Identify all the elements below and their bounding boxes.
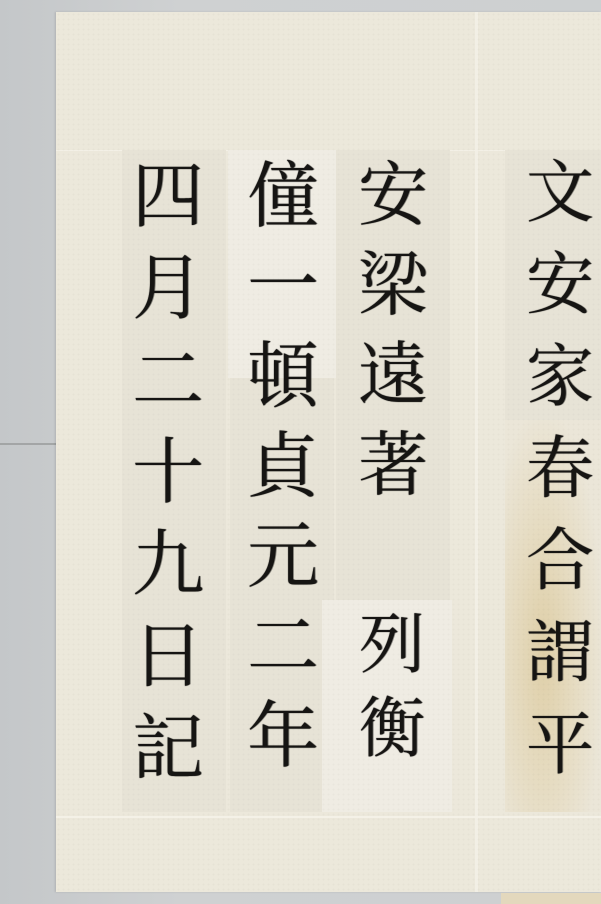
character: 貞 xyxy=(247,430,319,520)
character: 一 xyxy=(247,250,319,340)
character: 二 xyxy=(132,344,204,436)
character: 日 xyxy=(132,620,204,712)
character: 衡 xyxy=(359,696,425,780)
calligraphy-column-3-lower: 列 衡 xyxy=(332,612,452,780)
character: 平 xyxy=(526,712,594,804)
character: 春 xyxy=(526,436,594,528)
character: 元 xyxy=(247,520,319,610)
calligraphy-column-3: 安 梁 遠 著 xyxy=(338,160,448,520)
paper-bottom-seam xyxy=(56,816,601,818)
character: 月 xyxy=(132,252,204,344)
paper-fold-vertical xyxy=(475,12,478,892)
character: 僮 xyxy=(247,160,319,250)
character: 遠 xyxy=(358,340,428,430)
calligraphy-column-4: 文 安 家 春 合 謂 平 xyxy=(505,160,601,804)
character: 記 xyxy=(132,712,204,804)
character: 家 xyxy=(526,344,594,436)
character: 著 xyxy=(358,430,428,520)
backdrop-crease-line xyxy=(0,443,56,445)
character: 合 xyxy=(526,528,594,620)
character: 九 xyxy=(132,528,204,620)
character: 二 xyxy=(247,610,319,700)
character: 文 xyxy=(526,160,594,252)
character: 安 xyxy=(358,160,428,250)
character: 頓 xyxy=(247,340,319,430)
calligraphy-column-1: 四 月 二 十 九 日 記 xyxy=(118,160,218,804)
character: 四 xyxy=(132,160,204,252)
underlying-leaf-corner xyxy=(501,893,601,904)
character: 年 xyxy=(247,700,319,790)
character: 梁 xyxy=(358,250,428,340)
character: 安 xyxy=(526,252,594,344)
calligraphy-column-2: 僮 一 頓 貞 元 二 年 xyxy=(228,160,338,790)
character: 列 xyxy=(359,612,425,696)
character: 謂 xyxy=(526,620,594,712)
character: 十 xyxy=(132,436,204,528)
